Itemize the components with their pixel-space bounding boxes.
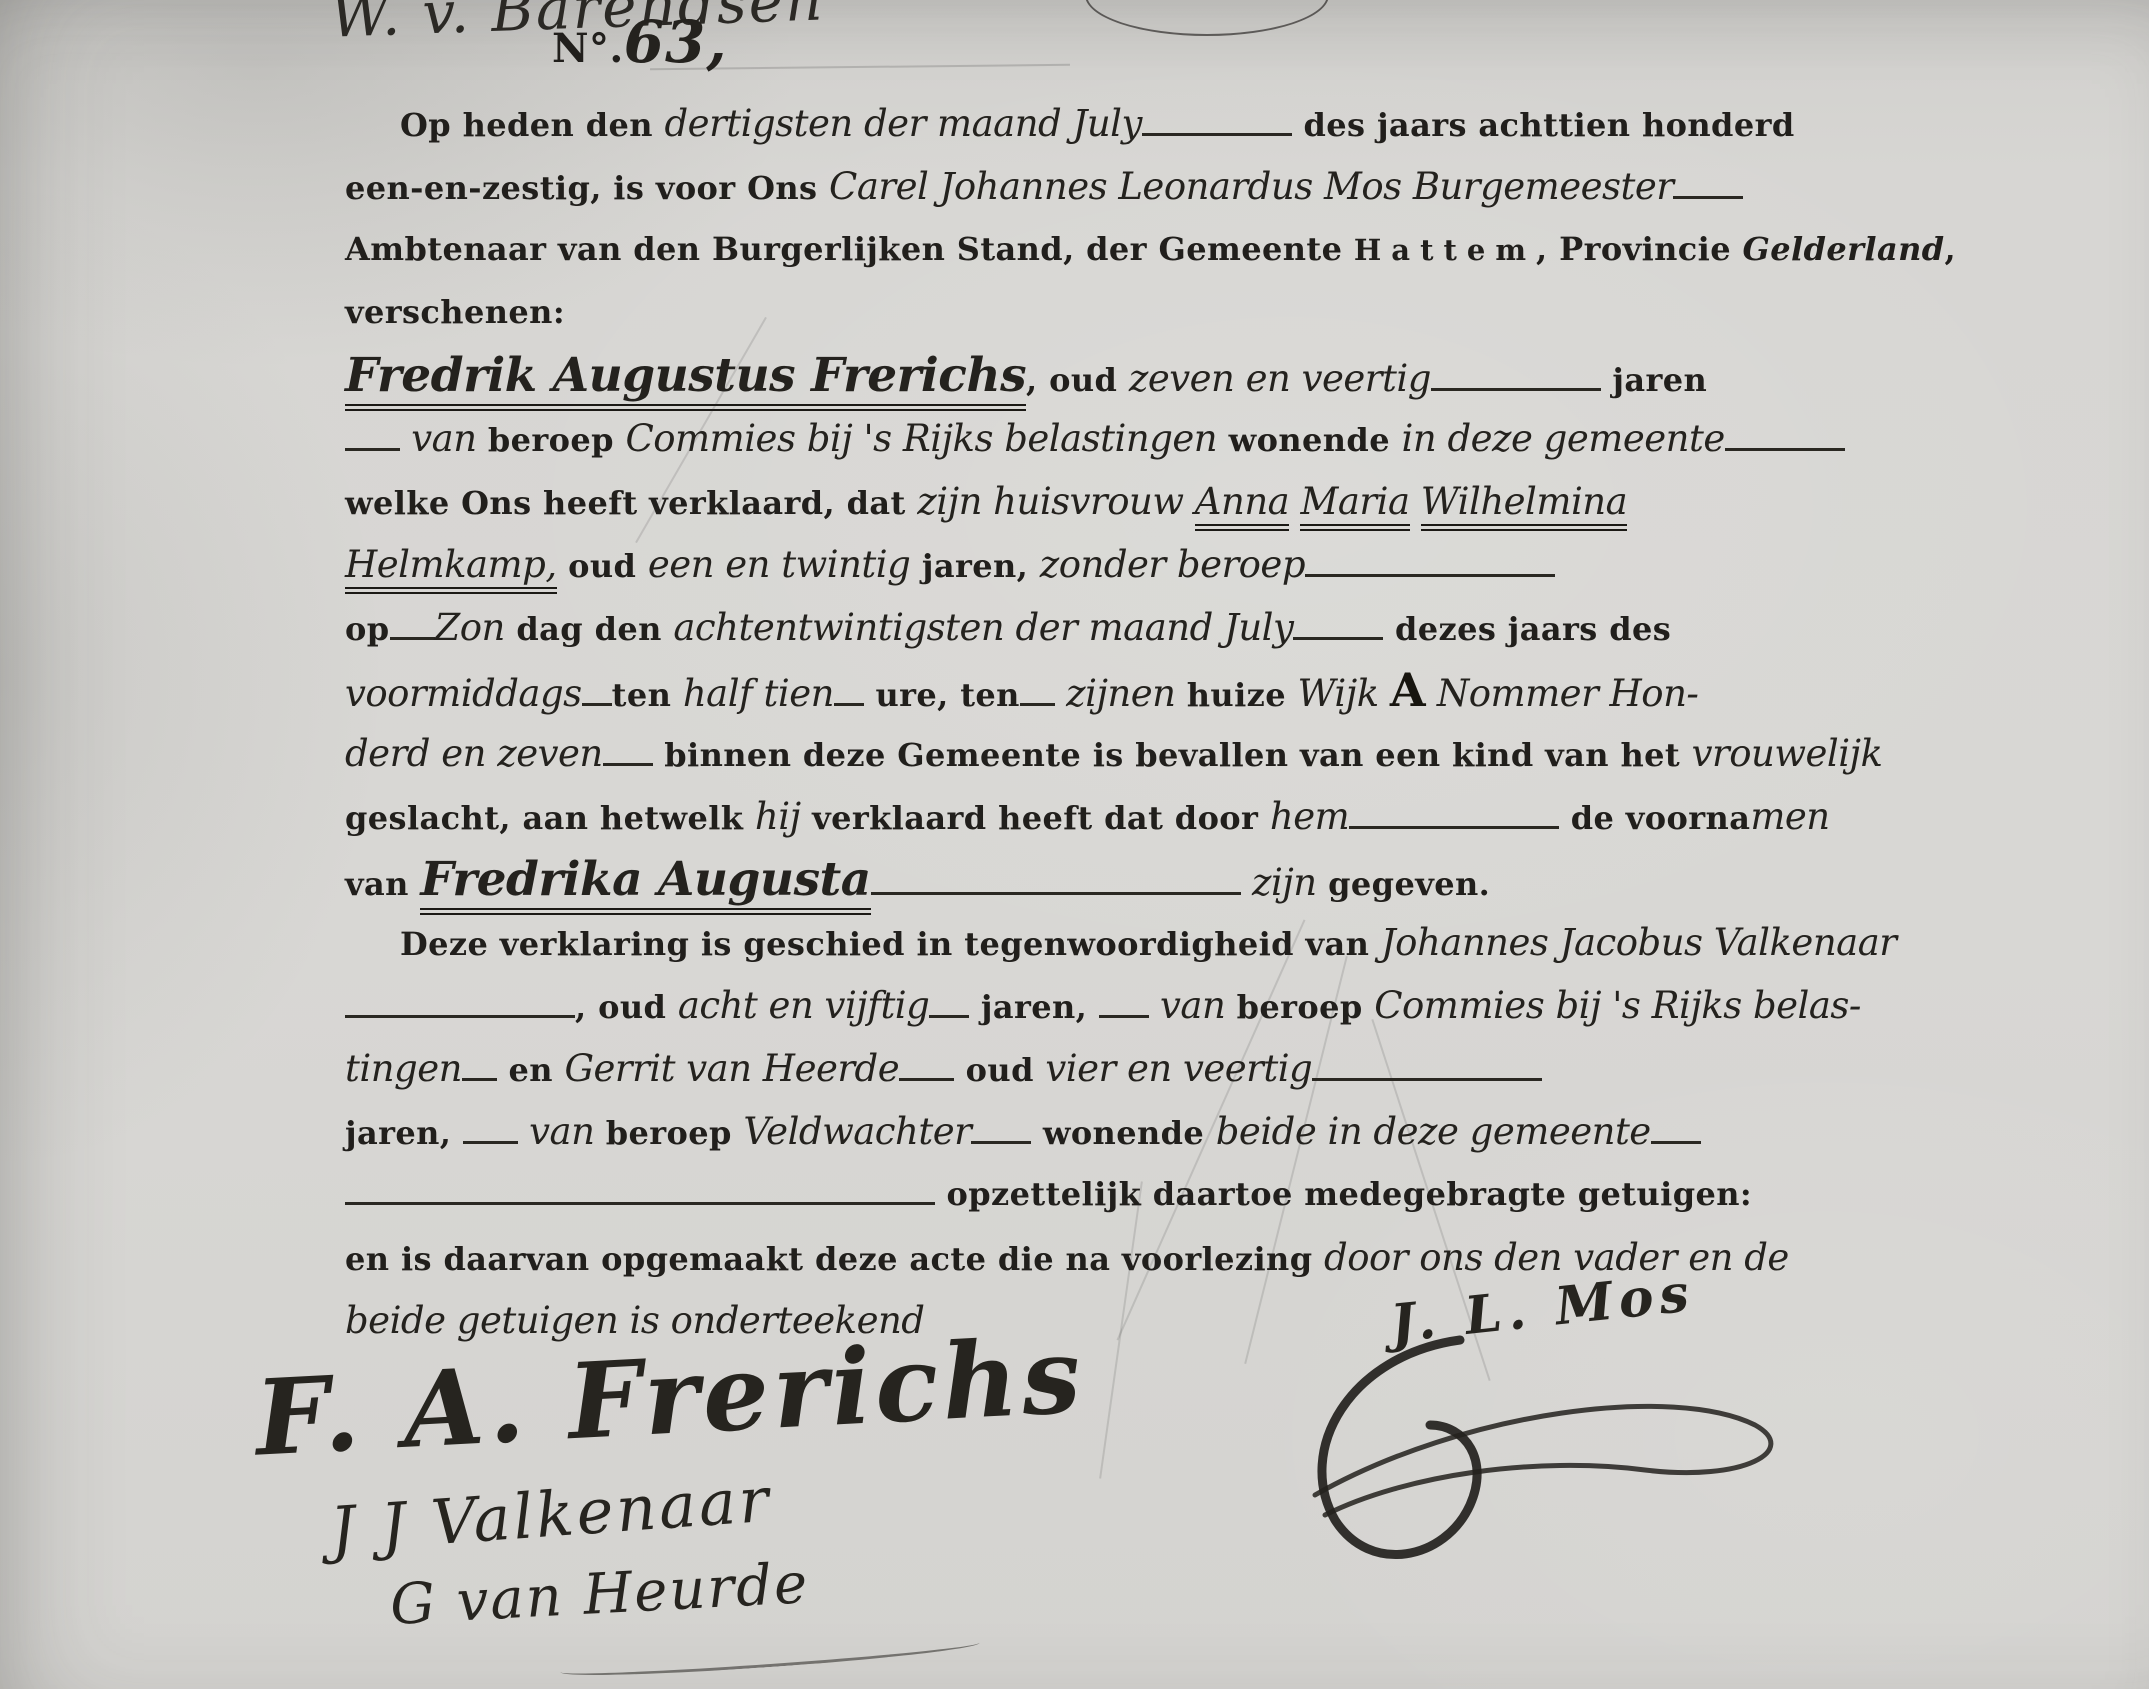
printed-text: jaren, (345, 1114, 463, 1152)
blank-line (1431, 379, 1601, 391)
printed-text: jaren, (910, 547, 1039, 585)
handwritten-text: derd en zeven (345, 732, 603, 775)
document-line: derd en zeven binnen deze Gemeente is be… (345, 722, 2025, 785)
handwritten-text: Veldwachter (743, 1110, 971, 1153)
handwritten-text: Fredrika Augusta (420, 852, 870, 915)
handwritten-text: door ons den vader en de (1324, 1236, 1789, 1279)
printed-text: oud (557, 547, 648, 585)
printed-text: de voorna (1559, 799, 1750, 837)
printed-text: dezes jaars des (1383, 610, 1671, 648)
handwritten-text: Zon (435, 606, 505, 649)
printed-text: Hattem (1354, 233, 1536, 267)
printed-text: , Provincie (1536, 230, 1743, 268)
blank-line (929, 1006, 969, 1018)
blank-line (345, 439, 400, 451)
blank-line (1142, 124, 1292, 136)
handwritten-text: Johannes Jacobus Valkenaar (1381, 921, 1897, 964)
blank-line (462, 1069, 497, 1081)
handwritten-text: vier en veertig (1045, 1047, 1312, 1090)
handwritten-text: zijn huisvrouw (917, 480, 1195, 523)
printed-text: , oud (1026, 361, 1129, 399)
handwritten-text: Anna (1195, 480, 1289, 531)
document-line: verschenen: (345, 281, 2025, 344)
handwritten-text: Carel Johannes Leonardus Mos Burgemeeste… (829, 165, 1673, 208)
blank-line (1293, 628, 1383, 640)
printed-text: en (497, 1051, 565, 1089)
printed-text: Deze verklaring is geschied in tegenwoor… (400, 925, 1381, 963)
handwritten-text: Wijk (1298, 672, 1390, 715)
printed-text: een-en-zestig, is voor Ons (345, 169, 829, 207)
blank-line (1099, 1006, 1149, 1018)
printed-text: gegeven. (1317, 865, 1491, 903)
blank-line (582, 694, 612, 706)
blank-line (1312, 1069, 1542, 1081)
printed-text: Gelderland (1743, 230, 1945, 268)
blank-line (1349, 817, 1559, 829)
printed-text: beroep (1237, 988, 1375, 1026)
document-line: , oud acht en vijftig jaren, van beroep … (345, 974, 2025, 1037)
printed-text: beroep (606, 1114, 744, 1152)
handwritten-text: hem (1270, 795, 1349, 838)
act-number: N°.63, (552, 8, 728, 76)
document-line: geslacht, aan hetwelk hij verklaard heef… (345, 785, 2025, 848)
handwritten-text (1410, 480, 1421, 523)
printed-text: binnen deze Gemeente is bevallen van een… (653, 736, 1692, 774)
handwritten-text: zijn (1241, 861, 1317, 904)
handwritten-text: voormiddags (345, 672, 582, 715)
printed-text: beroep (488, 421, 626, 459)
handwritten-text: Commies bij 's Rijks belas- (1374, 984, 1861, 1027)
printed-text: van (345, 865, 420, 903)
printed-text: jaren, (969, 988, 1098, 1026)
document-line: Op heden den dertigsten der maand July d… (345, 92, 2025, 155)
document-line: en is daarvan opgemaakt deze acte die na… (345, 1226, 2025, 1289)
signature-witness2: G van Heurde (389, 1551, 811, 1638)
handwritten-text: hij (755, 795, 801, 838)
printed-text: huize (1187, 676, 1298, 714)
printed-text: ten (612, 676, 683, 714)
handwritten-text: Commies bij 's Rijks belastingen (625, 417, 1217, 460)
blank-line (1305, 565, 1555, 577)
document-line: Deze verklaring is geschied in tegenwoor… (345, 911, 2025, 974)
printed-text: , (1945, 230, 1957, 268)
document-line: Helmkamp, oud een en twintig jaren, zond… (345, 533, 2025, 596)
blank-line (390, 628, 435, 640)
printed-text: welke Ons heeft verklaard, dat (345, 484, 917, 522)
document-page: W. v. Barendsen N°.63, Op heden den dert… (0, 0, 2149, 1689)
handwritten-text: van (400, 417, 488, 460)
handwritten-text: zijnen (1055, 672, 1187, 715)
handwritten-text (1289, 480, 1300, 523)
blank-line (1673, 187, 1743, 199)
blank-line (603, 754, 653, 766)
printed-text: des jaars achttien honderd (1292, 106, 1795, 144)
blank-line (971, 1132, 1031, 1144)
printed-text: opzettelijk daartoe medegebragte getuige… (935, 1175, 1752, 1213)
signature-witness1: J J Valkenaar (328, 1463, 774, 1567)
act-number-label: N°. (552, 25, 624, 72)
document-line: Ambtenaar van den Burgerlijken Stand, de… (345, 218, 2025, 281)
blank-line (1651, 1132, 1701, 1144)
handwritten-text: een en twintig (648, 543, 910, 586)
blank-line (345, 1193, 935, 1205)
printed-text: verschenen: (345, 293, 565, 331)
blank-line (871, 883, 1241, 895)
document-line: Fredrik Augustus Frerichs, oud zeven en … (345, 344, 2025, 407)
printed-text: dag den (505, 610, 674, 648)
blank-line (345, 1006, 575, 1018)
signature-underline-flourish (560, 1633, 980, 1681)
handwritten-text: Gerrit van Heerde (564, 1047, 899, 1090)
document-lines: Op heden den dertigsten der maand July d… (345, 92, 2025, 1352)
blank-line (899, 1069, 954, 1081)
blank-line (1725, 439, 1845, 451)
handwritten-text: zeven en veertig (1129, 357, 1431, 400)
printed-text: ure, ten (864, 676, 1020, 714)
signature-flourish (1255, 1310, 1815, 1590)
handwritten-text: Helmkamp, (345, 543, 557, 594)
handwritten-text: beide in deze gemeente (1216, 1110, 1651, 1153)
handwritten-text: half tien (683, 672, 834, 715)
handwritten-text: van (1149, 984, 1237, 1027)
handwritten-text: vrouwelijk (1692, 732, 1883, 775)
handwritten-text: acht en vijftig (678, 984, 930, 1027)
printed-text: oud (954, 1051, 1045, 1089)
handwritten-text: van (518, 1110, 606, 1153)
handwritten-text: achtentwintigsten der maand July (673, 606, 1293, 649)
document-line: welke Ons heeft verklaard, dat zijn huis… (345, 470, 2025, 533)
document-line: opzettelijk daartoe medegebragte getuige… (345, 1163, 2025, 1226)
handwritten-text: men (1750, 795, 1829, 838)
handwritten-text: zonder beroep (1040, 543, 1305, 586)
document-line: opZon dag den achtentwintigsten der maan… (345, 596, 2025, 659)
printed-text: Op heden den (400, 106, 665, 144)
blank-line (834, 694, 864, 706)
blank-line (1020, 694, 1055, 706)
printed-text: Ambtenaar van den Burgerlijken Stand, de… (345, 230, 1354, 268)
document-line: voormiddagsten half tien ure, ten zijnen… (345, 659, 2025, 722)
document-line: van Fredrika Augusta zijn gegeven. (345, 848, 2025, 911)
handwritten-text: Wilhelmina (1421, 480, 1627, 531)
printed-text: wonende (1031, 1114, 1215, 1152)
printed-text: A (1390, 663, 1426, 717)
handwritten-text: Nommer Hon- (1426, 672, 1699, 715)
printed-text: verklaard heeft dat door (801, 799, 1270, 837)
handwritten-text: in deze gemeente (1402, 417, 1725, 460)
printed-text: , oud (575, 988, 678, 1026)
handwritten-text: Fredrik Augustus Frerichs (345, 348, 1026, 411)
printed-text: jaren (1601, 361, 1707, 399)
document-line: een-en-zestig, is voor Ons Carel Johanne… (345, 155, 2025, 218)
oval-stroke (1085, 0, 1329, 36)
handwritten-text: dertigsten der maand July (665, 102, 1142, 145)
printed-text: wonende (1217, 421, 1401, 459)
act-number-value: 63, (624, 8, 728, 76)
printed-text: en is daarvan opgemaakt deze acte die na… (345, 1240, 1324, 1278)
printed-text: op (345, 610, 390, 648)
document-line: van beroep Commies bij 's Rijks belastin… (345, 407, 2025, 470)
handwritten-text: Maria (1300, 480, 1409, 531)
printed-text: geslacht, aan hetwelk (345, 799, 755, 837)
handwritten-text: tingen (345, 1047, 462, 1090)
blank-line (463, 1132, 518, 1144)
document-line: jaren, van beroep Veldwachter wonende be… (345, 1100, 2025, 1163)
document-line: tingen en Gerrit van Heerde oud vier en … (345, 1037, 2025, 1100)
